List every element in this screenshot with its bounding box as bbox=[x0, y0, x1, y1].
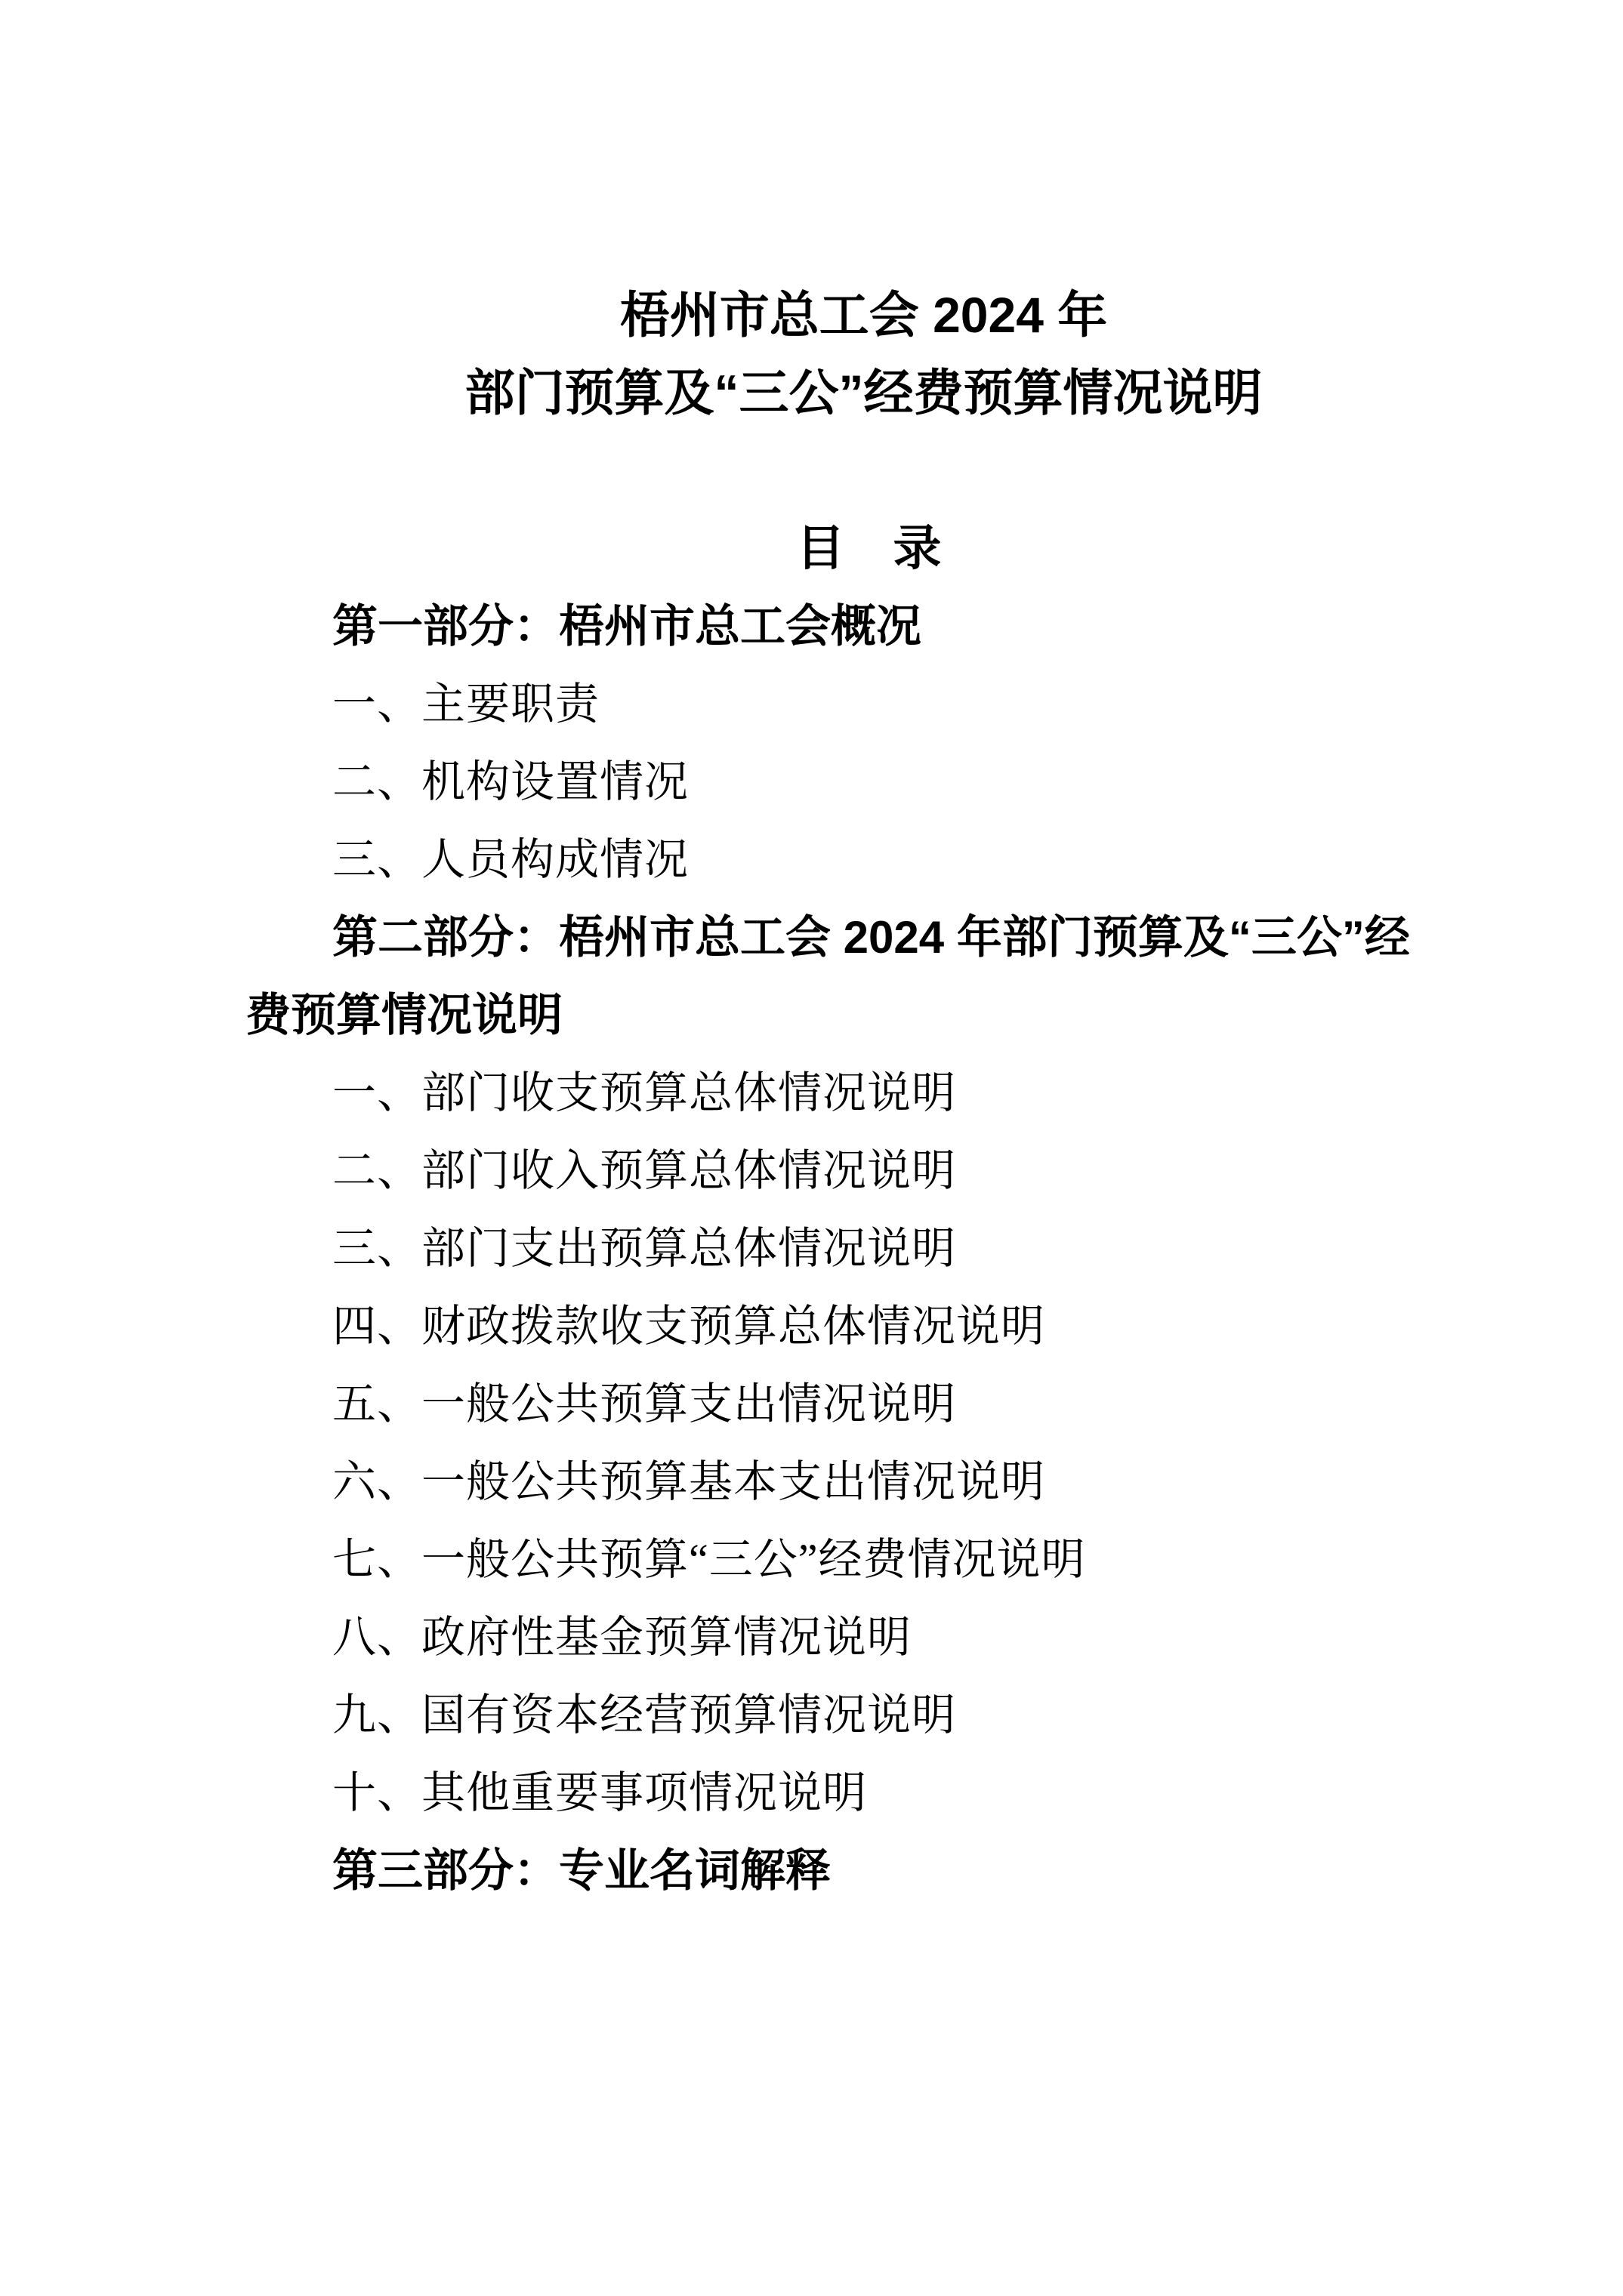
part2-item-4: 四、财政拨款收支预算总体情况说明 bbox=[245, 1287, 1382, 1365]
part1-item-3: 三、人员构成情况 bbox=[245, 821, 1382, 898]
document-title-line-1: 梧州市总工会 2024 年 bbox=[245, 276, 1382, 354]
spacer-line bbox=[245, 432, 1382, 510]
part2-item-5: 五、一般公共预算支出情况说明 bbox=[245, 1365, 1382, 1443]
part2-item-7: 七、一般公共预算“三公”经费情况说明 bbox=[245, 1521, 1382, 1598]
part2-item-8: 八、政府性基金预算情况说明 bbox=[245, 1598, 1382, 1676]
part1-heading: 第一部分：梧州市总工会概况 bbox=[245, 587, 1382, 665]
part2-heading-line-1: 第二部分：梧州市总工会 2024 年部门预算及“三公”经 bbox=[245, 898, 1382, 976]
part2-item-10: 十、其他重要事项情况说明 bbox=[245, 1754, 1382, 1832]
part1-item-2: 二、机构设置情况 bbox=[245, 743, 1382, 821]
document-page: 梧州市总工会 2024 年 部门预算及“三公”经费预算情况说明 目 录 第一部分… bbox=[0, 0, 1623, 2296]
document-title-line-2: 部门预算及“三公”经费预算情况说明 bbox=[245, 354, 1382, 432]
part2-item-2: 二、部门收入预算总体情况说明 bbox=[245, 1132, 1382, 1210]
part1-item-1: 一、主要职责 bbox=[245, 665, 1382, 743]
toc-content: 梧州市总工会 2024 年 部门预算及“三公”经费预算情况说明 目 录 第一部分… bbox=[245, 276, 1382, 1909]
part3-heading: 第三部分：专业名词解释 bbox=[245, 1832, 1382, 1909]
part2-item-6: 六、一般公共预算基本支出情况说明 bbox=[245, 1443, 1382, 1521]
toc-heading: 目 录 bbox=[245, 510, 1382, 587]
part2-heading-line-2: 费预算情况说明 bbox=[245, 976, 1382, 1054]
part2-item-9: 九、国有资本经营预算情况说明 bbox=[245, 1676, 1382, 1754]
part2-item-1: 一、部门收支预算总体情况说明 bbox=[245, 1054, 1382, 1132]
part2-item-3: 三、部门支出预算总体情况说明 bbox=[245, 1210, 1382, 1287]
